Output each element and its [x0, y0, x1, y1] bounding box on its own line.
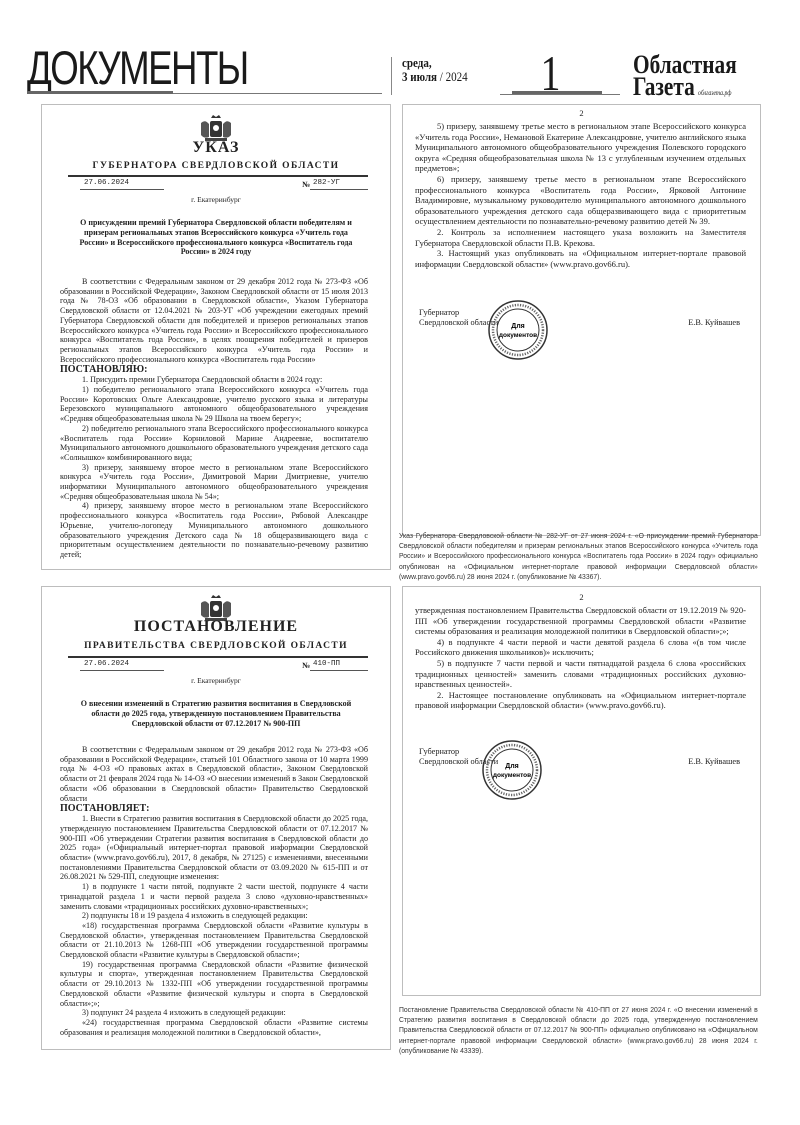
clause: 2. Настоящее постановление опубликовать … — [415, 690, 746, 711]
document-city: г. Екатеринбург — [42, 195, 390, 205]
official-stamp-icon: Для документов — [487, 299, 549, 361]
document-body: утвержденная постановлением Правительств… — [415, 605, 746, 711]
clause: 2) подпункты 18 и 19 раздела 4 изложить … — [60, 911, 368, 921]
newspaper-logo: Областная Газетаоблгазета.рф — [633, 54, 737, 104]
document-number: 410-ПП — [310, 660, 368, 671]
sheet-number: 2 — [403, 109, 760, 119]
document-heading: О внесении изменений в Стратегию развити… — [72, 699, 360, 728]
decree-page-2: 2 5) призеру, занявшему третье место в р… — [402, 104, 761, 536]
clause: 3. Настоящий указ опубликовать на «Офици… — [415, 248, 746, 269]
continuation: утвержденная постановлением Правительств… — [415, 605, 746, 637]
document-body: В соответствии с Федеральным законом от … — [60, 277, 368, 560]
document-number-label: № — [302, 180, 310, 190]
issue-date: среда, 3 июля / 2024 — [402, 56, 468, 84]
svg-text:документов: документов — [499, 332, 537, 339]
signature-block: Губернатор Свердловской области Е.В. Куй… — [419, 747, 740, 767]
issue-day: 3 июля — [402, 69, 437, 84]
clause: 1. Внести в Стратегию развития воспитани… — [60, 814, 368, 882]
section-title: ДОКУМЕНТЫ — [27, 44, 248, 91]
document-issuer: ПРАВИТЕЛЬСТВА СВЕРДЛОВСКОЙ ОБЛАСТИ — [42, 642, 390, 652]
clause: 2. Контроль за исполнением настоящего ук… — [415, 227, 746, 248]
document-body: 5) призеру, занявшему третье место в рег… — [415, 121, 746, 269]
clause: 4) призеру, занявшему второе место в рег… — [60, 501, 368, 559]
clause: 3) подпункт 24 раздела 4 изложить в след… — [60, 1008, 368, 1018]
document-date: 27.06.2024 — [80, 660, 164, 671]
masthead: ДОКУМЕНТЫ среда, 3 июля / 2024 1 Областн… — [0, 0, 800, 100]
clause: 1. Присудить премии Губернатора Свердлов… — [60, 375, 368, 385]
clause: «18) государственная программа Свердловс… — [60, 921, 368, 960]
page-number-line — [500, 94, 620, 95]
issue-year: / 2024 — [440, 69, 468, 84]
document-date: 27.06.2024 — [80, 179, 164, 190]
publication-note: Постановление Правительства Свердловской… — [399, 1005, 758, 1056]
preamble: В соответствии с Федеральным законом от … — [60, 277, 368, 364]
clause: 1) в подпункте 1 части пятой, подпункте … — [60, 882, 368, 911]
document-number: 282-УГ — [310, 179, 368, 190]
document-number-label: № — [302, 661, 310, 671]
document-heading: О присуждении премий Губернатора Свердло… — [72, 218, 360, 257]
clause: 3) призеру, занявшему второе место в рег… — [60, 463, 368, 502]
brand-line-2: Газета — [633, 72, 695, 101]
signature-block: Губернатор Свердловской области Е.В. Куй… — [419, 308, 740, 328]
brand-site: облгазета.рф — [698, 89, 731, 97]
sheet-number: 2 — [403, 593, 760, 603]
svg-text:Для: Для — [505, 763, 519, 770]
document-kind: ПОСТАНОВЛЕНИЕ — [42, 622, 390, 632]
document-city: г. Екатеринбург — [42, 676, 390, 686]
resolution-page-1: ПОСТАНОВЛЕНИЕ ПРАВИТЕЛЬСТВА СВЕРДЛОВСКОЙ… — [41, 586, 391, 1050]
svg-text:Для: Для — [511, 323, 525, 330]
clause: «24) государственная программа Свердловс… — [60, 1018, 368, 1037]
svg-text:документов: документов — [493, 772, 531, 779]
signer-title-1: Губернатор — [419, 308, 740, 318]
document-issuer: ГУБЕРНАТОРА СВЕРДЛОВСКОЙ ОБЛАСТИ — [42, 162, 390, 172]
title-underline-accent — [27, 91, 173, 94]
clause: 4) в подпункте 4 части первой и части де… — [415, 637, 746, 658]
official-stamp-icon: Для документов — [481, 739, 543, 801]
signer-name: Е.В. Куйвашев — [688, 318, 740, 328]
decree-page-1: УКАЗ ГУБЕРНАТОРА СВЕРДЛОВСКОЙ ОБЛАСТИ 27… — [41, 104, 391, 570]
resolution-page-2: 2 утвержденная постановлением Правительс… — [402, 586, 761, 996]
signer-name: Е.В. Куйвашев — [688, 757, 740, 767]
publication-note: Указ Губернатора Свердловской области № … — [399, 531, 758, 582]
signer-title-1: Губернатор — [419, 747, 740, 757]
masthead-divider — [391, 57, 392, 95]
resolve-word: ПОСТАНОВЛЯЮ: — [60, 364, 368, 375]
issue-weekday: среда, — [402, 56, 468, 70]
preamble: В соответствии с Федеральным законом от … — [60, 745, 368, 803]
document-body: В соответствии с Федеральным законом от … — [60, 745, 368, 1037]
clause: 2) победителю регионального этапа Всерос… — [60, 424, 368, 463]
document-kind: УКАЗ — [42, 143, 390, 153]
resolve-word: ПОСТАНОВЛЯЕТ: — [60, 803, 368, 814]
clause: 5) в подпункте 7 части первой и части пя… — [415, 658, 746, 690]
header-rule — [68, 175, 368, 177]
clause: 19) государственная программа Свердловск… — [60, 960, 368, 1009]
clause: 1) победителю регионального этапа Всерос… — [60, 385, 368, 424]
clause: 5) призеру, занявшему третье место в рег… — [415, 121, 746, 174]
page-number-bar — [512, 91, 602, 94]
header-rule — [68, 656, 368, 658]
clause: 6) призеру, занявшему третье место в рег… — [415, 174, 746, 227]
